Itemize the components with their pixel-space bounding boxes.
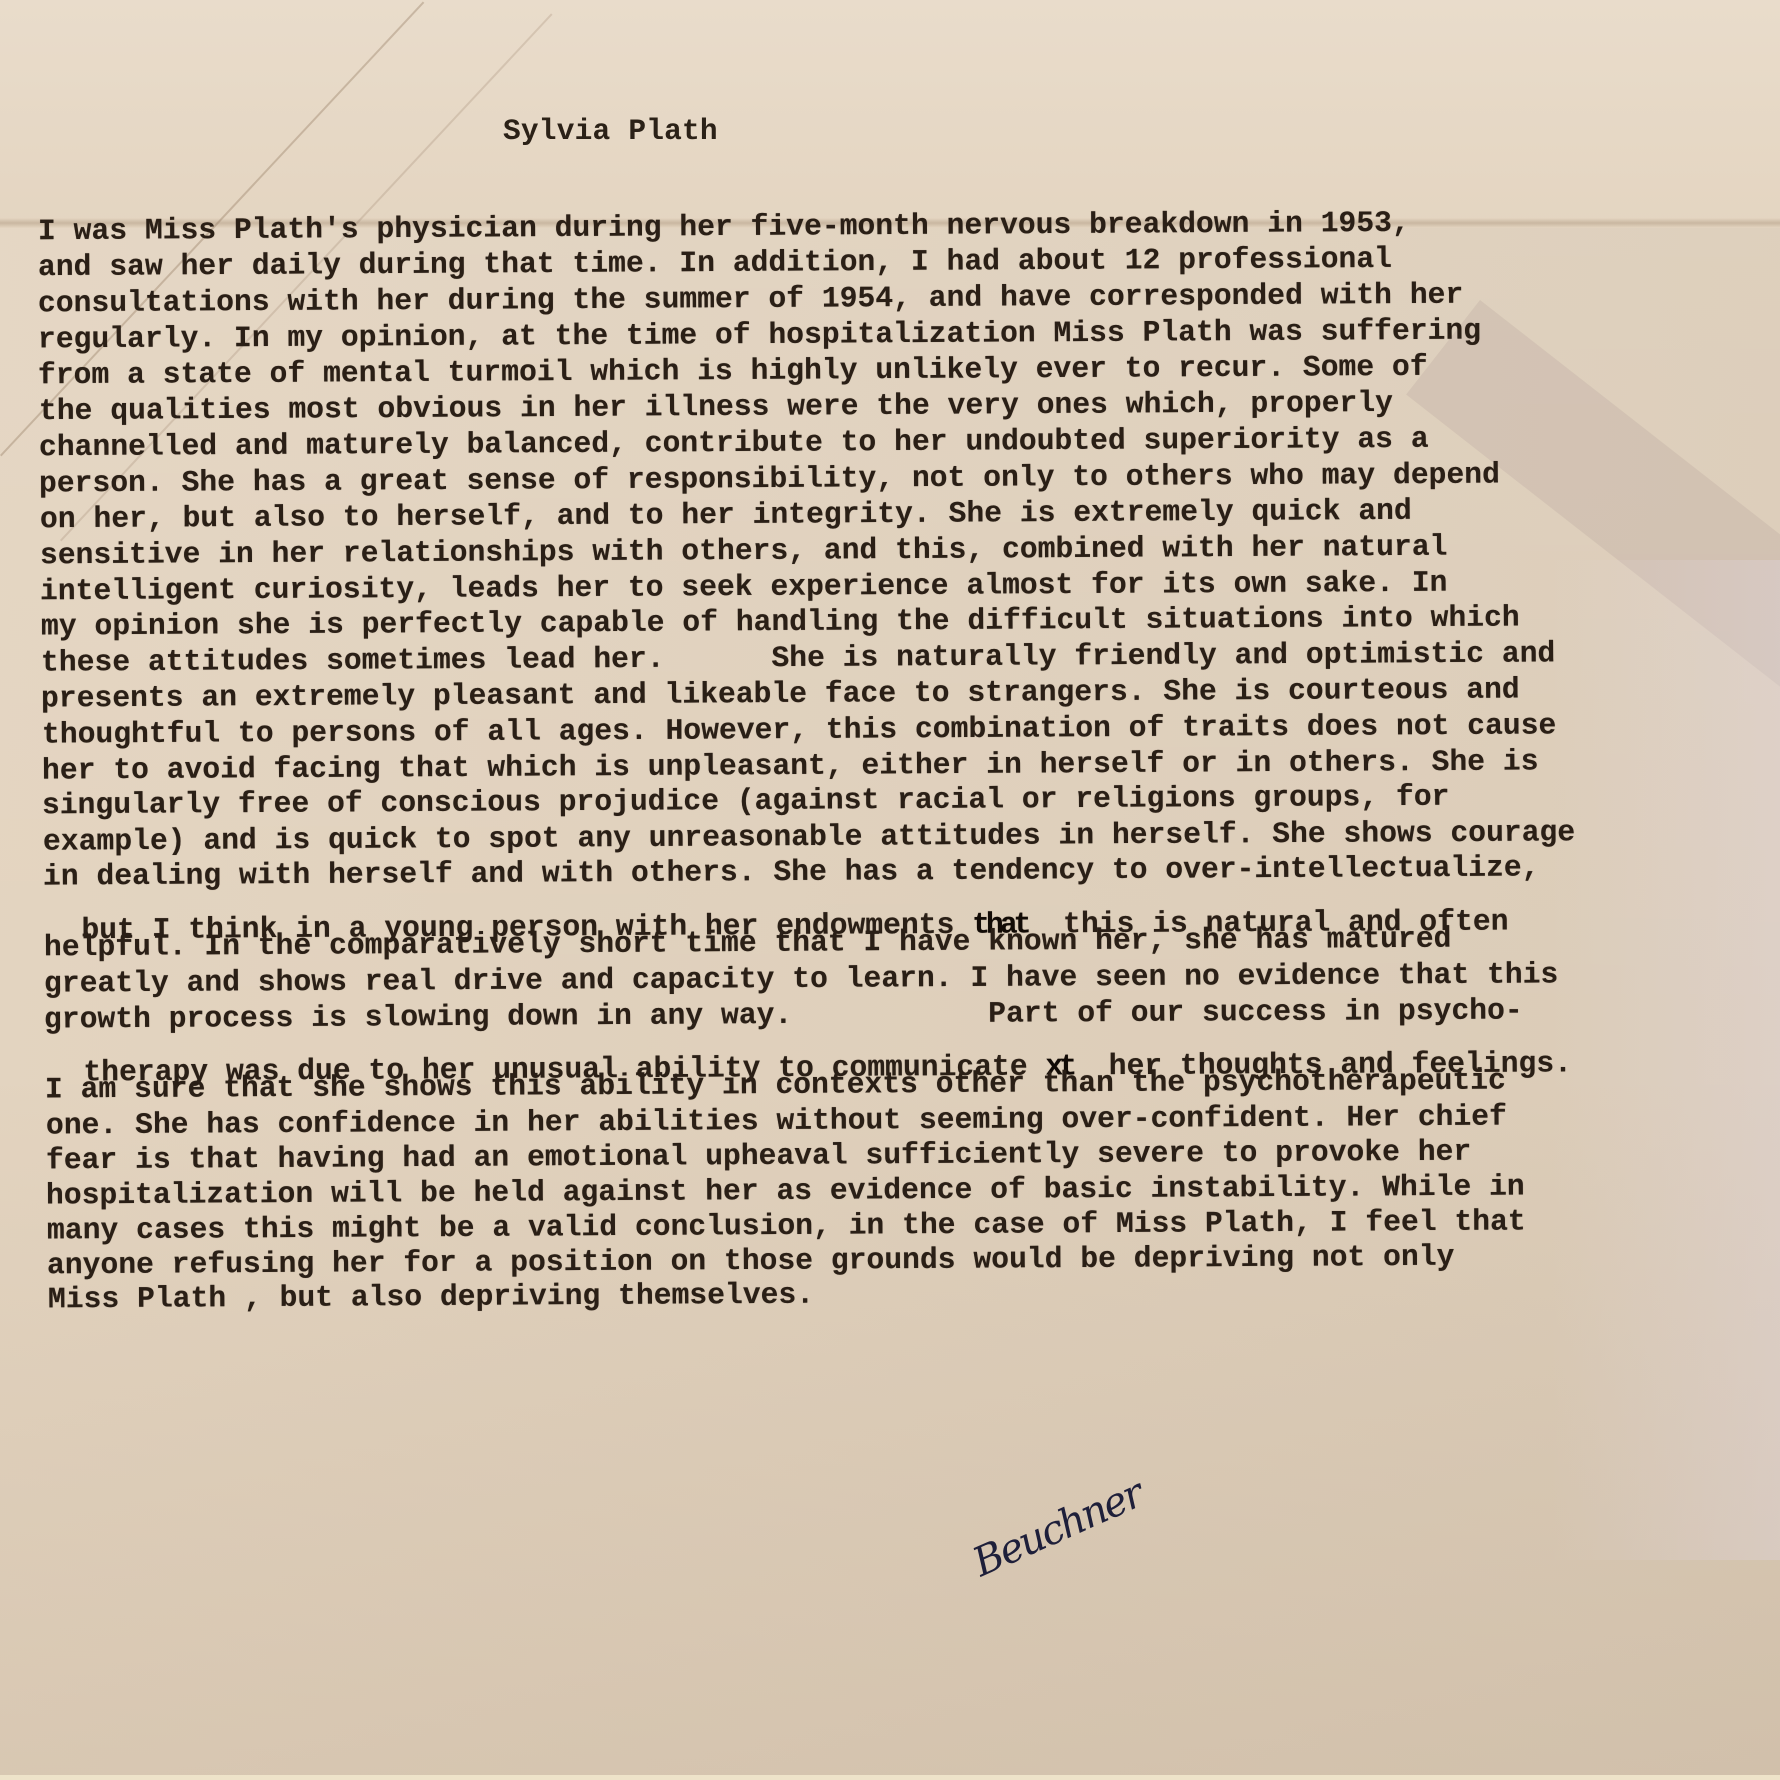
letter-line: anyone refusing her for a position on th…	[47, 1243, 1455, 1281]
letter-line: regularly. In my opinion, at the time of…	[38, 317, 1481, 356]
letter-line: on her, but also to herself, and to her …	[40, 497, 1412, 535]
letter-line: my opinion she is perfectly capable of h…	[41, 603, 1520, 642]
letter-line: consultations with her during the summer…	[38, 281, 1463, 319]
letter-line: these attitudes sometimes lead her. She …	[41, 639, 1555, 678]
letter-line: I was Miss Plath's physician during her …	[38, 209, 1410, 247]
letter-line: from a state of mental turmoil which is …	[38, 353, 1428, 391]
letter-line: thoughtful to persons of all ages. Howev…	[42, 711, 1556, 750]
letter-line: growth process is slowing down in any wa…	[44, 996, 1523, 1035]
letter-line: and saw her daily during that time. In a…	[38, 245, 1392, 283]
letter-line: person. She has a great sense of respons…	[39, 461, 1500, 500]
letter-body: I was Miss Plath's physician during her …	[0, 0, 1780, 1780]
letter-line: Miss Plath , but also depriving themselv…	[48, 1281, 814, 1315]
letter-line: helpful. In the comparatively short time…	[44, 925, 1452, 963]
letter-line: singularly free of conscious projudice (…	[42, 783, 1450, 821]
letter-line: greatly and shows real drive and capacit…	[44, 960, 1558, 999]
letter-line: in dealing with herself and with others.…	[43, 853, 1540, 892]
letter-line: sensitive in her relationships with othe…	[40, 533, 1448, 571]
letter-line: I am sure that she shows this ability in…	[45, 1067, 1506, 1106]
letter-line: the qualities most obvious in her illnes…	[39, 389, 1393, 427]
letter-line: channelled and maturely balanced, contri…	[39, 425, 1429, 463]
letter-line: presents an extremely pleasant and likea…	[41, 675, 1520, 714]
